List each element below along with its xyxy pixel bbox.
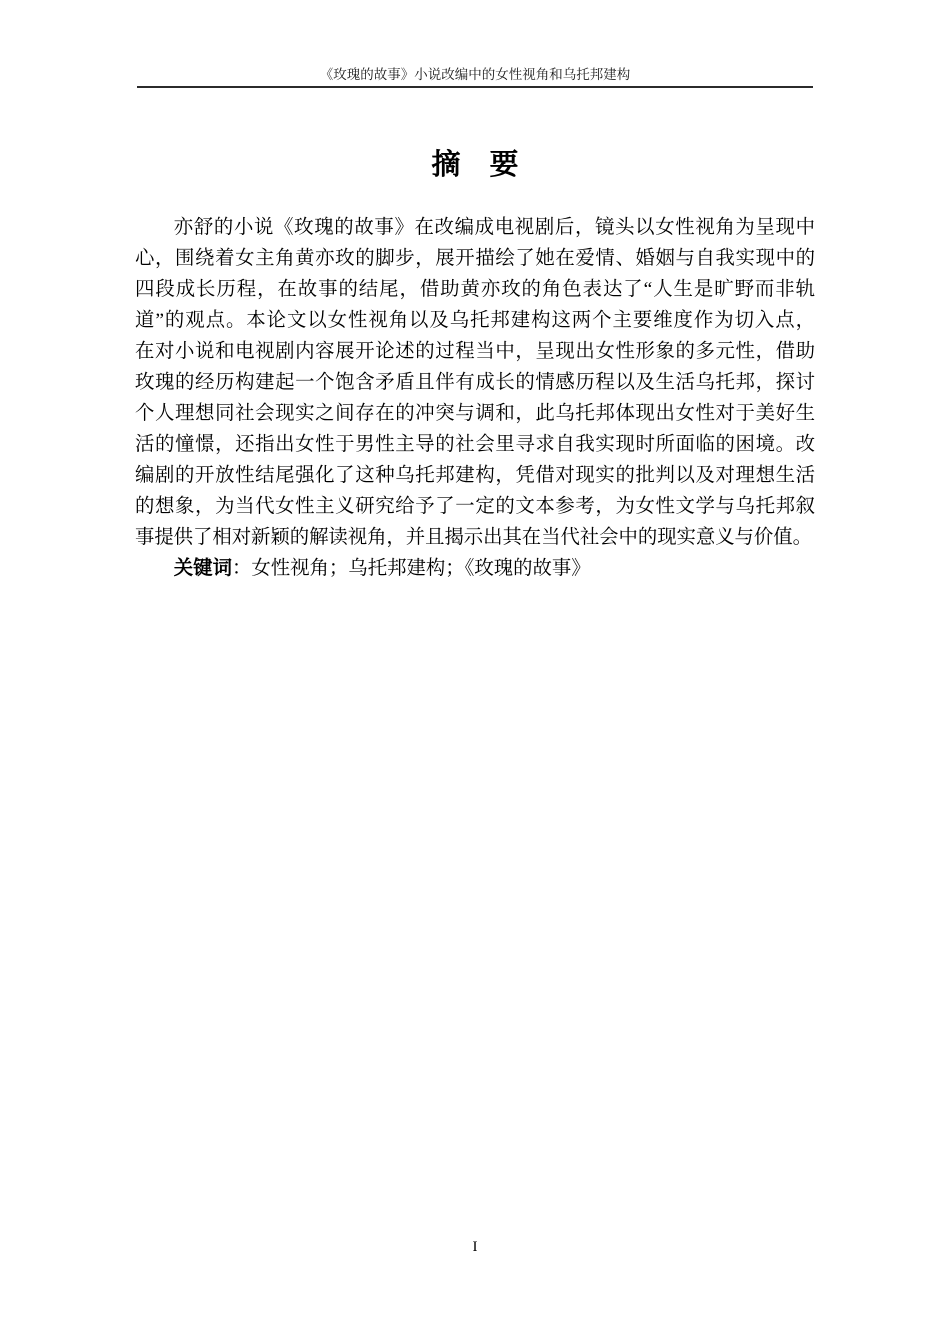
abstract-line: 个人理想同社会现实之间存在的冲突与调和，此乌托邦体现出女性对于美好生 [135,398,815,429]
page-number: I [0,1238,950,1256]
running-header-title: 《玫瑰的故事》小说改编中的女性视角和乌托邦建构 [320,67,631,82]
abstract-line: 的想象，为当代女性主义研究给予了一定的文本参考，为女性文学与乌托邦叙 [135,491,815,522]
abstract-line: 四段成长历程，在故事的结尾，借助黄亦玫的角色表达了“人生是旷野而非轨 [135,274,815,305]
abstract-line: 玫瑰的经历构建起一个饱含矛盾且伴有成长的情感历程以及生活乌托邦，探讨 [135,367,815,398]
abstract-line: 心，围绕着女主角黄亦玫的脚步，展开描绘了她在爱情、婚姻与自我实现中的 [135,243,815,274]
abstract-title: 摘 要 [0,147,950,183]
page-header: 《玫瑰的故事》小说改编中的女性视角和乌托邦建构 [137,0,813,88]
abstract-body: 亦舒的小说《玫瑰的故事》在改编成电视剧后，镜头以女性视角为呈现中心，围绕着女主角… [135,212,815,584]
abstract-line: 事提供了相对新颖的解读视角，并且揭示出其在当代社会中的现实意义与价值。 [135,522,815,553]
abstract-line: 在对小说和电视剧内容展开论述的过程当中，呈现出女性形象的多元性，借助 [135,336,815,367]
document-page: 《玫瑰的故事》小说改编中的女性视角和乌托邦建构 摘 要 亦舒的小说《玫瑰的故事》… [0,0,950,1344]
abstract-line: 编剧的开放性结尾强化了这种乌托邦建构，凭借对现实的批判以及对理想生活 [135,460,815,491]
abstract-paragraph: 亦舒的小说《玫瑰的故事》在改编成电视剧后，镜头以女性视角为呈现中心，围绕着女主角… [135,212,815,553]
keywords-line: 关键词：女性视角；乌托邦建构；《玫瑰的故事》 [135,553,815,584]
keywords-text: ：女性视角；乌托邦建构；《玫瑰的故事》 [232,558,591,579]
abstract-line: 道”的观点。本论文以女性视角以及乌托邦建构这两个主要维度作为切入点， [135,305,815,336]
abstract-line: 活的憧憬，还指出女性于男性主导的社会里寻求自我实现时所面临的困境。改 [135,429,815,460]
keywords-label: 关键词 [174,557,232,579]
abstract-line: 亦舒的小说《玫瑰的故事》在改编成电视剧后，镜头以女性视角为呈现中 [135,212,815,243]
